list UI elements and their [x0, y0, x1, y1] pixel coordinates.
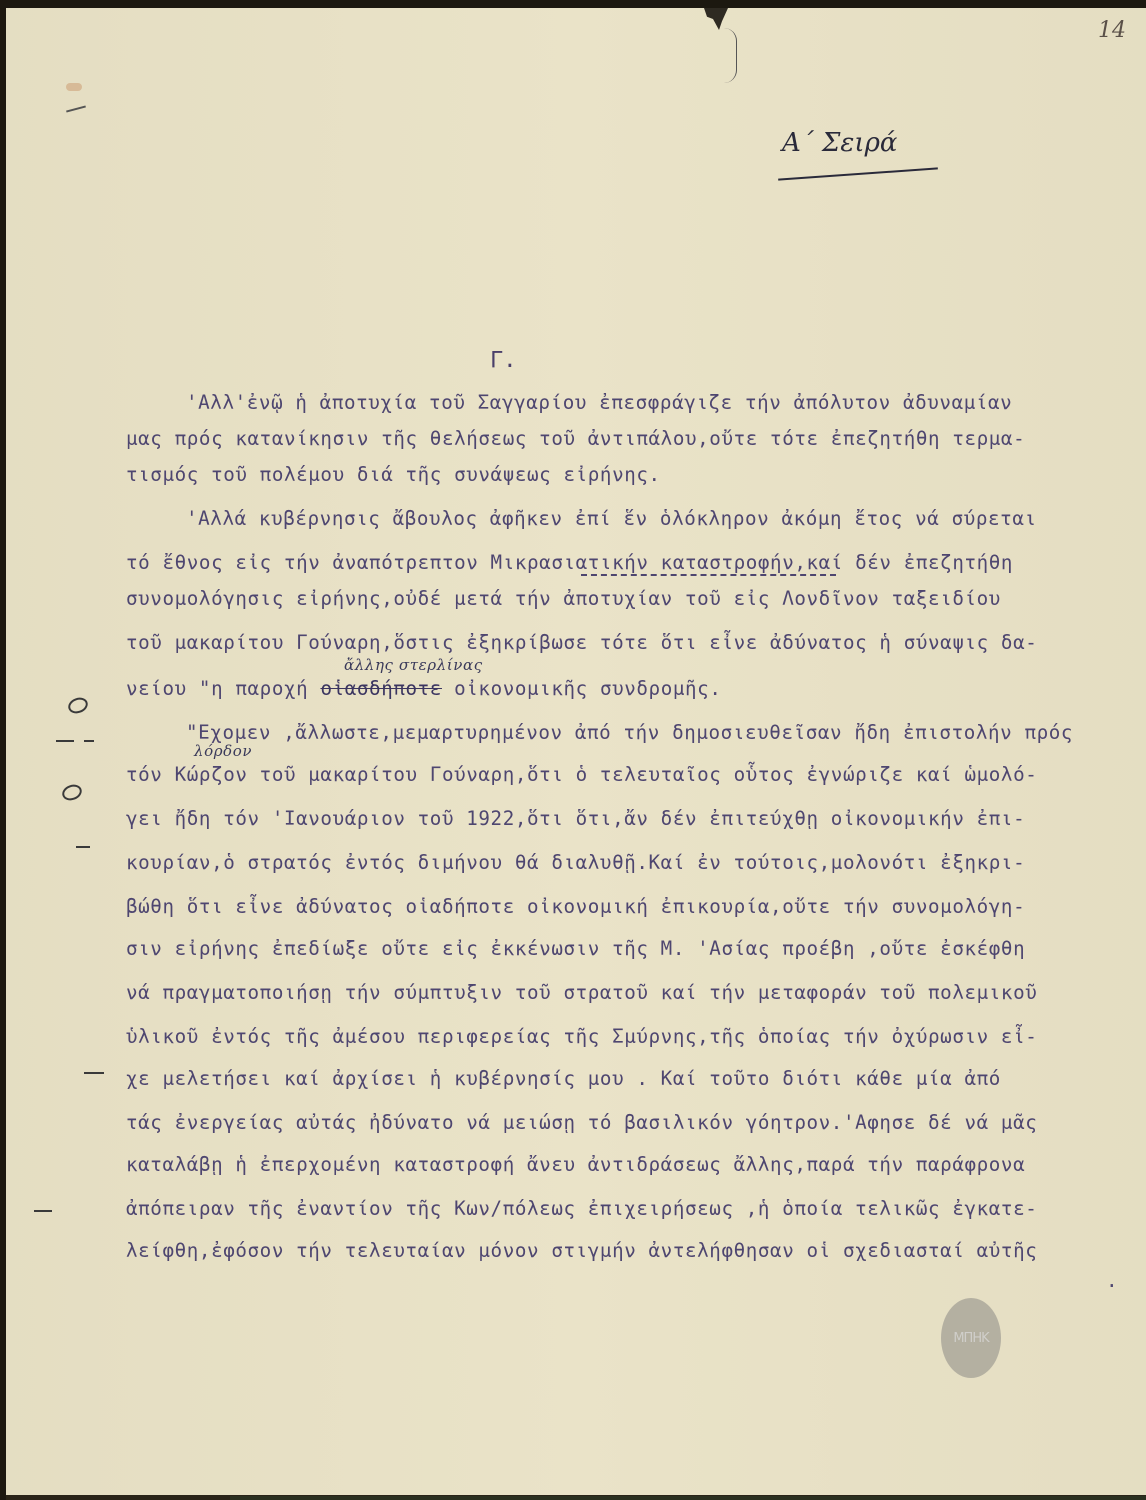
text-line: 'Αλλά κυβέρνησις ἄβουλος ἀφῆκεν ἐπί ἕν ὁ…: [186, 504, 1037, 534]
margin-dash-mark: [56, 740, 74, 742]
margin-dash-mark: [84, 1072, 104, 1074]
handwritten-insert: ἄλλης στερλίνας: [344, 656, 483, 674]
text-line: τό ἔθνος εἰς τήν ἀναπότρεπτον Μικρασιατι…: [126, 548, 1013, 578]
margin-oval-mark: [66, 695, 90, 716]
section-mark: Γ.: [490, 348, 517, 373]
text-line: νά πραγματοποιήσῃ τήν σύμπτυξιν τοῦ στρα…: [126, 978, 1037, 1008]
archive-watermark: ΜΠΗΚ: [941, 1298, 1001, 1378]
struck-word: οἱασδήποτε: [320, 677, 442, 700]
text-segment: νείου "η παροχή: [126, 677, 308, 700]
margin-dash-mark: [34, 1210, 52, 1212]
text-line: τόν Κώρζον τοῦ μακαρίτου Γούναρη,ὅτι ὁ τ…: [126, 760, 1037, 790]
text-segment: οἰκονομικῆς συνδρομῆς.: [454, 677, 721, 700]
scan-border-top: [0, 0, 1146, 8]
handwritten-heading: Α΄ Σειρά: [782, 128, 897, 158]
heading-underline: [778, 167, 938, 180]
text-line: τισμός τοῦ πολέμου διά τῆς συνάψεως εἰρή…: [126, 460, 661, 490]
text-line: ὑλικοῦ ἐντός τῆς ἀμέσου περιφερείας τῆς …: [126, 1022, 1037, 1052]
rust-stain: [66, 83, 82, 91]
text-line: χε μελετήσει καί ἀρχίσει ἡ κυβέρνησίς μο…: [126, 1064, 1001, 1094]
scan-border-bottom: [230, 1496, 1146, 1500]
text-line: καταλάβῃ ἡ ἐπερχομένη καταστροφή ἄνευ ἀν…: [126, 1150, 1025, 1180]
margin-dash-mark: [84, 740, 94, 742]
text-line: βώθη ὅτι εἶνε ἀδύνατος οἱαδήποτε οἰκονομ…: [126, 892, 1025, 922]
text-line: νείου "η παροχή οἱασδήποτε οἰκονομικῆς σ…: [126, 674, 721, 704]
pencil-mark: [724, 28, 737, 83]
text-line: συνομολόγησις εἰρήνης,οὐδέ μετά τήν ἀποτ…: [126, 584, 1001, 614]
text-line: "Εχομεν ,ἄλλωστε,μεμαρτυρημένον ἀπό τήν …: [186, 718, 1073, 748]
text-line: μας πρός κατανίκησιν τῆς θελήσεως τοῦ ἀν…: [126, 424, 1025, 454]
text-line: σιν εἰρήνης ἐπεδίωξε οὔτε εἰς ἐκκένωσιν …: [126, 934, 1025, 964]
handwritten-insert: λόρδον: [194, 742, 252, 760]
margin-oval-mark: [60, 782, 84, 803]
text-line: λείφθη,ἐφόσον τήν τελευταίαν μόνον στιγμ…: [126, 1236, 1037, 1266]
page-number: 14: [1098, 18, 1126, 43]
pencil-dash: [66, 105, 86, 112]
document-page: 14 Α΄ Σειρά Γ. 'Αλλ'ἐνῷ ἡ ἀποτυχία τοῦ Σ…: [6, 8, 1146, 1495]
text-line: ἀπόπειραν τῆς ἐναντίον τῆς Κων/πόλεως ἐπ…: [126, 1194, 1037, 1224]
text-line: γει ἤδη τόν 'Ιανουάριον τοῦ 1922,ὅτι ὅτι…: [126, 804, 1025, 834]
margin-dash-mark: [76, 846, 90, 848]
text-line: τάς ἐνεργείας αὐτάς ἠδύνατο νά μειώσῃ τό…: [126, 1108, 1037, 1138]
text-line: τοῦ μακαρίτου Γούναρη,ὅστις ἐξηκρίβωσε τ…: [126, 628, 1037, 658]
ink-smudge: [701, 8, 731, 30]
text-line: .: [1106, 1266, 1118, 1296]
text-line: 'Αλλ'ἐνῷ ἡ ἀποτυχία τοῦ Σαγγαρίου ἐπεσφρ…: [186, 388, 1012, 418]
text-line: κουρίαν,ὁ στρατός ἐντός διμήνου θά διαλυ…: [126, 848, 1025, 878]
